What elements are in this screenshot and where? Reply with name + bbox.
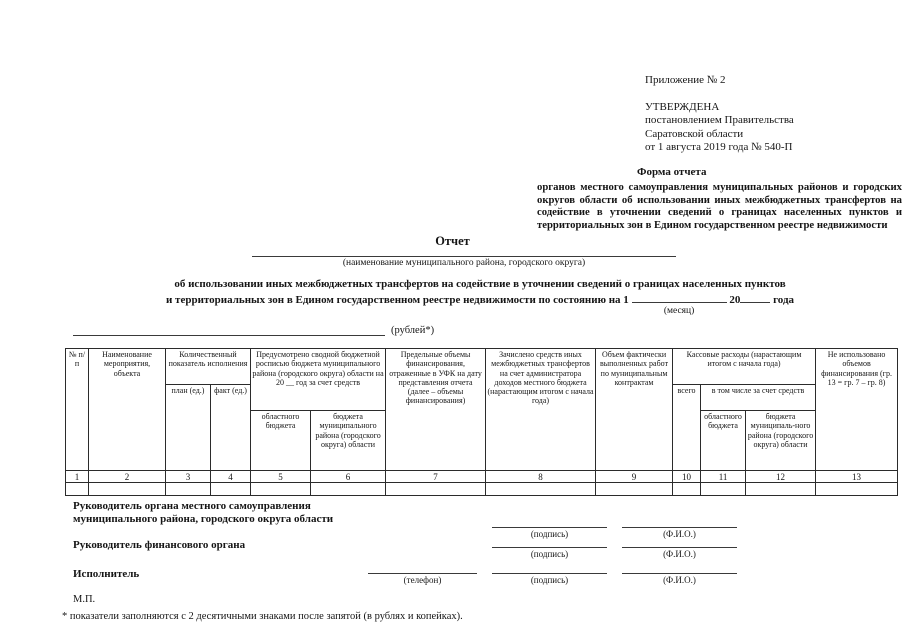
signature-label-head-of-municipality: Руководитель органа местного самоуправле… [73,500,333,526]
col-header-limits: Предельные объемы финансирования, отраже… [386,349,486,471]
empty-data-row [66,483,898,496]
phone-field: (телефон) [368,573,477,585]
col-header-plan: план (ед.) [166,385,211,471]
municipality-name-caption: (наименование муниципального района, гор… [252,258,676,268]
units-blank [73,323,385,336]
col-number: 8 [486,471,596,483]
report-table: № п/п Наименование мероприятия, объекта … [65,348,898,496]
col-header-quantity-group: Количественный показатель исполнения [166,349,251,385]
empty-cell [816,483,898,496]
col-number: 1 [66,471,89,483]
col-number: 11 [701,471,746,483]
fullname-field: (Ф.И.О.) [622,547,737,559]
signature-label-executor: Исполнитель [73,568,139,581]
empty-cell [673,483,701,496]
appendix-block: Приложение № 2 УТВЕРЖДЕНА постановлением… [645,74,794,155]
form-description: органов местного самоуправления муниципа… [537,181,902,231]
col-number: 10 [673,471,701,483]
subject-line-1: об использовании иных межбюджетных транс… [55,277,905,291]
empty-cell [746,483,816,496]
col-header-unused: Не использовано объемов финансирования (… [816,349,898,471]
empty-cell [66,483,89,496]
col-number: 5 [251,471,311,483]
empty-cell [701,483,746,496]
col-header-provided-oblast: областного бюджета [251,411,311,471]
approved-label: УТВЕРЖДЕНА [645,101,794,115]
col-header-cash-oblast: областного бюджета [701,411,746,471]
municipality-name-blank: (наименование муниципального района, гор… [252,244,676,257]
empty-cell [211,483,251,496]
col-header-cash-municipal: бюджета муниципаль-ного района (городско… [746,411,816,471]
month-caption: (месяц) [632,304,727,318]
subject-line-2: и территориальных зон в Едином государст… [55,291,905,307]
col-number: 4 [211,471,251,483]
units-line: (рублей*) [73,323,434,336]
col-number: 7 [386,471,486,483]
col-header-fact: факт (ед.) [211,385,251,471]
col-header-works: Объем фактически выполненных работ по му… [596,349,673,471]
year-prefix: 20 [729,294,740,306]
col-number: 9 [596,471,673,483]
signature-label-line: муниципального района, городского округа… [73,513,333,526]
col-header-cash-including: в том числе за счет средств [701,385,816,411]
empty-cell [89,483,166,496]
approved-line: от 1 августа 2019 года № 540-П [645,141,794,155]
empty-cell [251,483,311,496]
appendix-label: Приложение № 2 [645,74,794,88]
signature-field: (подпись) [492,573,607,585]
empty-cell [596,483,673,496]
fullname-field: (Ф.И.О.) [622,527,737,539]
col-number: 13 [816,471,898,483]
col-header-num: № п/п [66,349,89,471]
report-subject: об использовании иных межбюджетных транс… [55,277,905,307]
col-header-provided-municipal: бюджета муниципального района (городског… [311,411,386,471]
column-numbers-row: 1 2 3 4 5 6 7 8 9 10 11 12 13 [66,471,898,483]
year-suffix: года [773,294,794,306]
empty-cell [311,483,386,496]
subject-line-2-text: и территориальных зон в Едином государст… [166,294,629,306]
col-header-name: Наименование мероприятия, объекта [89,349,166,471]
col-header-cash-total: всего [673,385,701,471]
fullname-field: (Ф.И.О.) [622,573,737,585]
year-blank [740,291,770,303]
units-caption: (рублей*) [391,325,434,336]
form-of-report-label: Форма отчета [637,166,706,178]
col-number: 12 [746,471,816,483]
signature-field: (подпись) [492,527,607,539]
col-header-provided-group: Предусмотрено сводной бюджетной росписью… [251,349,386,411]
signature-label-line: Руководитель органа местного самоуправле… [73,500,333,513]
col-number: 6 [311,471,386,483]
stamp-place-label: М.П. [73,594,95,605]
document-page: Приложение № 2 УТВЕРЖДЕНА постановлением… [0,0,905,640]
month-blank [632,291,727,303]
signature-field: (подпись) [492,547,607,559]
empty-cell [386,483,486,496]
footnote: * показатели заполняются с 2 десятичными… [62,611,463,622]
col-header-credited: Зачислено средств иных межбюджетных тран… [486,349,596,471]
approved-line: Саратовской области [645,128,794,142]
month-blank-wrap: (месяц) [632,291,727,307]
empty-cell [166,483,211,496]
signature-label-head-of-finance: Руководитель финансового органа [73,539,245,552]
approved-line: постановлением Правительства [645,114,794,128]
col-number: 2 [89,471,166,483]
col-header-cash-group: Кассовые расходы (нарастающим итогом с н… [673,349,816,385]
col-number: 3 [166,471,211,483]
empty-cell [486,483,596,496]
